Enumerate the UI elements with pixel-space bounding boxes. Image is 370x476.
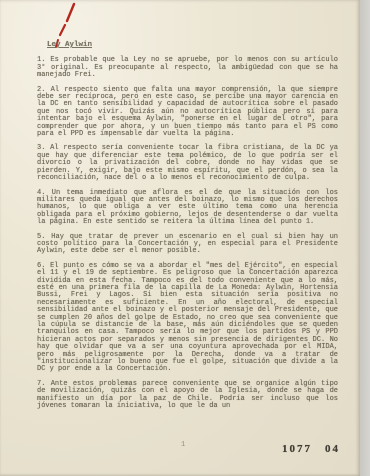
stamp-number-left: 1077 [282, 443, 312, 455]
paragraph-6: 6. El punto es cómo se va a abordar el "… [37, 263, 338, 374]
paragraph-2: 2. Al respecto siento que falta una mayo… [37, 87, 338, 139]
typewritten-text-block: Ley Aylwin 1. Es probable que la Ley no … [37, 42, 338, 417]
document-title: Ley Aylwin [47, 42, 92, 49]
paragraph-7: 7. Ante estos problemas parece convenien… [37, 381, 338, 411]
paper-sheet: Ley Aylwin 1. Es probable que la Ley no … [0, 0, 360, 476]
scan-edge-strip [360, 0, 370, 476]
stamp-number-right: 04 [325, 443, 340, 455]
paragraph-4: 4. Un tema inmediato que aflora es el de… [37, 190, 338, 227]
page-number: 1 [181, 441, 185, 449]
scanned-document-page: Ley Aylwin 1. Es probable que la Ley no … [0, 0, 370, 476]
paragraph-1: 1. Es probable que la Ley no se apruebe,… [37, 57, 338, 79]
paragraph-3: 3. Al respecto sería conveniente tocar l… [37, 145, 338, 182]
archive-stamp: 107704 [282, 443, 340, 455]
red-pen-stroke-2 [60, 25, 65, 35]
red-pen-stroke-1 [67, 4, 74, 21]
paragraph-5: 5. Hay que tratar de prever un escenario… [37, 234, 338, 256]
